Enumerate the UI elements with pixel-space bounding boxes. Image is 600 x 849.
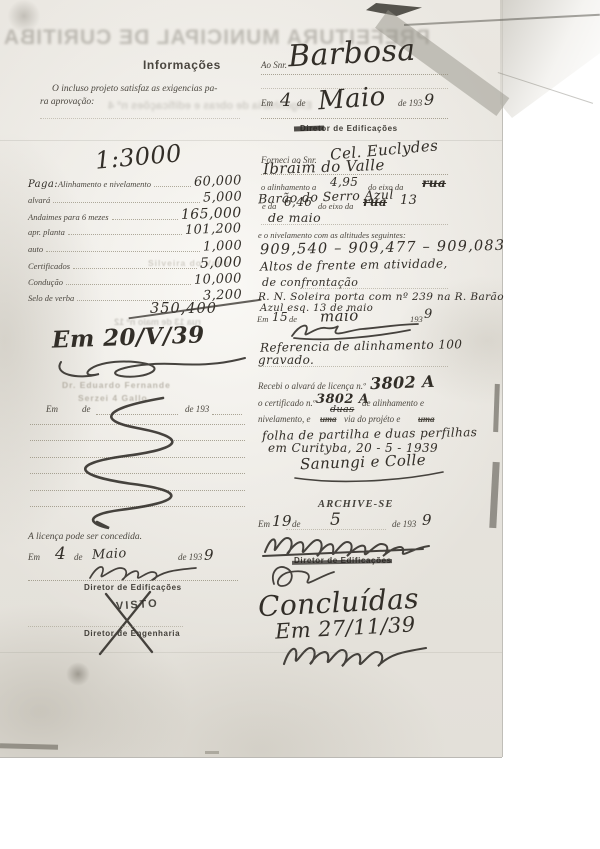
blank-date-em: Em — [46, 404, 58, 414]
dotted-line — [300, 288, 448, 289]
fee-label: apr. planta — [28, 227, 65, 237]
dotted-leader — [53, 193, 200, 203]
fee-label: Condução — [28, 277, 63, 287]
nivelamento2-mid: via do projéto e — [344, 414, 400, 424]
dotted-leader — [112, 210, 179, 220]
dotted-line — [261, 224, 448, 225]
fee-label: Certificados — [28, 261, 70, 271]
recebi-label: Recebi o alvará de licença n.º — [258, 381, 366, 391]
fee-row: auto 1,000 — [28, 241, 242, 256]
ao-snr-label: Ao Snr. — [261, 60, 287, 70]
fee-value: 10,000 — [194, 271, 242, 288]
dotted-line — [261, 74, 448, 75]
licenca-number-handwritten: 3802 A — [370, 372, 436, 393]
paper-edge-mark — [205, 751, 219, 754]
certificado-post: de alinhamento e — [362, 398, 424, 408]
intro-text-line2: ra aprovação: — [40, 97, 94, 107]
date1-de: de — [297, 98, 306, 108]
date1-month-handwritten: Maio — [317, 82, 387, 117]
struck-word-uma: uma — [320, 414, 337, 424]
certificado-pre: o certificado n.º — [258, 398, 316, 408]
alinhamento-rua-2: rua — [363, 195, 387, 209]
alinhamento-rua-1: rua — [422, 176, 446, 190]
fee-paga: Paga: — [28, 179, 58, 190]
dotted-line — [261, 118, 448, 119]
fee-value: 60,000 — [194, 173, 242, 190]
fee-value: 5,000 — [202, 189, 242, 205]
fee-row: Certificados 5,000 — [28, 257, 242, 273]
crease-line-horizontal — [0, 140, 502, 141]
fee-label: Andaimes para 6 mezes — [28, 212, 109, 222]
fee-label: Selo de verba — [28, 293, 74, 303]
fee-row: Condução 10,000 — [28, 274, 242, 289]
note-handwritten: R. N. Soleira porta com nº 239 na R. Bar… — [258, 291, 504, 303]
fee-label: alvará — [28, 195, 50, 205]
signature — [290, 320, 422, 340]
dotted-line — [28, 580, 238, 581]
archive-se-text: ARCHIVE-SE — [318, 499, 394, 510]
fee-row: alvará 5,000 — [28, 192, 242, 207]
archive-se-label: ARCHIVE-SE — [318, 499, 394, 510]
struck-word-uma-2: uma — [418, 414, 435, 424]
dotted-leader — [77, 291, 200, 301]
date1-year-handwritten: 9 — [424, 90, 435, 109]
nivelamento2-pre: nivelamento, e — [258, 414, 310, 424]
fee-value: 1,000 — [202, 238, 242, 254]
ink-smudge — [294, 125, 324, 131]
signature-flourish — [55, 350, 250, 382]
signature-underline — [295, 472, 445, 484]
date-em: Em — [28, 552, 40, 562]
visto-x-cross — [96, 592, 158, 654]
fee-label: Alinhamento e nivelamento — [58, 179, 151, 189]
date3-year-handwritten: 9 — [422, 511, 432, 529]
scanned-document-page: { "bleed": { "header": "PREFEITURA MUNIC… — [0, 0, 600, 849]
date-year-handwritten: 9 — [204, 546, 214, 564]
dotted-leader — [154, 177, 191, 187]
fee-label: auto — [28, 244, 43, 254]
date3-month-handwritten: 5 — [330, 510, 341, 530]
crease-line-horizontal — [0, 652, 502, 653]
fee-row: apr. planta 101,200 — [28, 224, 242, 239]
signature — [263, 528, 433, 558]
fee-row: Paga: Alinhamento e nivelamento 60,000 — [28, 176, 242, 191]
nivelamento-label: e o nivelamento com as altitudes seguint… — [258, 230, 406, 240]
signature — [268, 562, 338, 588]
alinhamento-value-2: 6,46 — [284, 195, 312, 209]
handwritten-em-note: Em 20/V/39 — [52, 321, 205, 353]
director-engenharia-label: Diretor de Engenharia — [84, 629, 180, 638]
date-day-handwritten: 4 — [55, 544, 66, 564]
section-title-informacoes: Informações — [143, 58, 221, 72]
dotted-line — [40, 118, 240, 119]
cancellation-squiggle — [75, 398, 195, 530]
date2-day-handwritten: 15 — [272, 310, 288, 324]
intro-text-line1: O incluso projeto satisfaz as exigencias… — [52, 84, 217, 94]
alinhamento-eixo-2: do eixo da — [318, 201, 353, 211]
alinhamento-value-1: 4,95 — [330, 175, 358, 189]
dotted-leader — [73, 259, 197, 269]
dotted-leader — [68, 225, 183, 235]
fee-value: 5,000 — [200, 254, 243, 271]
alinhamento-demaio: de maio — [268, 210, 321, 225]
signature — [280, 638, 430, 668]
dotted-leader — [46, 242, 200, 252]
date1-de193: de 193 — [398, 98, 422, 108]
referencia-note-2: gravado. — [258, 353, 314, 367]
dotted-line — [261, 366, 448, 367]
date2-year-handwritten: 9 — [424, 307, 433, 322]
dotted-leader — [66, 275, 191, 285]
licenca-text: A licença pode ser concedida. — [28, 532, 142, 542]
dotted-line — [212, 414, 242, 415]
fee-value: 101,200 — [185, 221, 242, 238]
date1-em: Em — [261, 98, 273, 108]
date-de: de — [74, 552, 83, 562]
alinhamento-13: 13 — [400, 193, 417, 208]
director-edificacoes-label: Diretor de Edificações — [84, 583, 182, 592]
date1-day-handwritten: 4 — [280, 90, 292, 111]
addressee-handwritten: Barbosa — [287, 33, 416, 75]
faint-stamp-name-1: Dr. Eduardo Fernande — [62, 380, 171, 390]
date2-em: Em — [257, 314, 268, 324]
dotted-line — [28, 626, 183, 627]
